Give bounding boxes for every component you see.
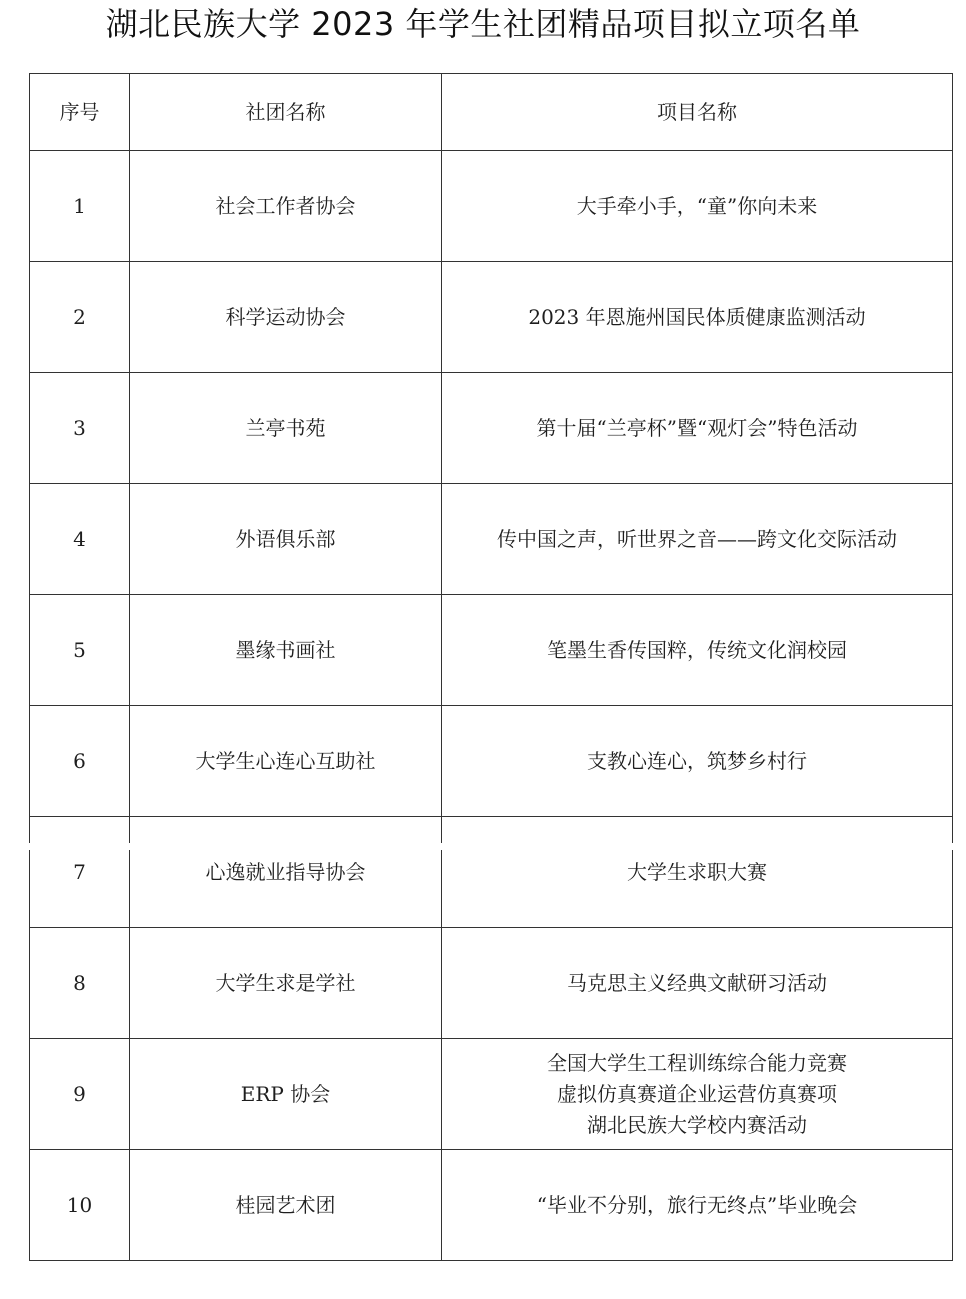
project-line: 全国大学生工程训练综合能力竞赛 bbox=[442, 1048, 952, 1079]
cell-club: 墨缘书画社 bbox=[130, 595, 442, 706]
cell-project: 2023 年恩施州国民体质健康监测活动 bbox=[442, 262, 953, 373]
cell-number: 6 bbox=[30, 706, 130, 817]
cell-project: 大学生求职大赛 bbox=[442, 817, 953, 928]
table-row: 6 大学生心连心互助社 支教心连心，筑梦乡村行 bbox=[30, 706, 953, 817]
page-break-gap bbox=[439, 843, 443, 850]
project-line: 第十届“兰亭杯”暨“观灯会”特色活动 bbox=[442, 413, 952, 444]
project-line: 大手牵小手，“童”你向未来 bbox=[442, 191, 952, 222]
table-row: 7 心逸就业指导协会 大学生求职大赛 bbox=[30, 817, 953, 928]
cell-project: 大手牵小手，“童”你向未来 bbox=[442, 151, 953, 262]
cell-project: 第十届“兰亭杯”暨“观灯会”特色活动 bbox=[442, 373, 953, 484]
table-row: 4 外语俱乐部 传中国之声，听世界之音——跨文化交际活动 bbox=[30, 484, 953, 595]
cell-number: 9 bbox=[30, 1039, 130, 1150]
cell-project: “毕业不分别，旅行无终点”毕业晚会 bbox=[442, 1150, 953, 1261]
project-line: 支教心连心，筑梦乡村行 bbox=[442, 746, 952, 777]
cell-club: 科学运动协会 bbox=[130, 262, 442, 373]
table-row: 10 桂园艺术团 “毕业不分别，旅行无终点”毕业晚会 bbox=[30, 1150, 953, 1261]
project-line: 虚拟仿真赛道企业运营仿真赛项 bbox=[442, 1079, 952, 1110]
cell-project: 支教心连心，筑梦乡村行 bbox=[442, 706, 953, 817]
table-row: 8 大学生求是学社 马克思主义经典文献研习活动 bbox=[30, 928, 953, 1039]
project-line: 大学生求职大赛 bbox=[442, 857, 952, 888]
table-row: 9 ERP 协会 全国大学生工程训练综合能力竞赛 虚拟仿真赛道企业运营仿真赛项 … bbox=[30, 1039, 953, 1150]
header-number: 序号 bbox=[30, 74, 130, 151]
cell-club: 桂园艺术团 bbox=[130, 1150, 442, 1261]
cell-number: 1 bbox=[30, 151, 130, 262]
cell-club: 心逸就业指导协会 bbox=[130, 817, 442, 928]
cell-club: 大学生心连心互助社 bbox=[130, 706, 442, 817]
table-header-row: 序号 社团名称 项目名称 bbox=[30, 74, 953, 151]
table-row: 3 兰亭书苑 第十届“兰亭杯”暨“观灯会”特色活动 bbox=[30, 373, 953, 484]
cell-number: 8 bbox=[30, 928, 130, 1039]
cell-number: 5 bbox=[30, 595, 130, 706]
page-break-gap bbox=[950, 843, 954, 850]
project-line: 笔墨生香传国粹，传统文化润校园 bbox=[442, 635, 952, 666]
cell-number: 7 bbox=[30, 817, 130, 928]
cell-project: 笔墨生香传国粹，传统文化润校园 bbox=[442, 595, 953, 706]
cell-number: 3 bbox=[30, 373, 130, 484]
cell-club: 外语俱乐部 bbox=[130, 484, 442, 595]
page-break-gap bbox=[27, 843, 31, 850]
cell-club: 大学生求是学社 bbox=[130, 928, 442, 1039]
cell-club: 社会工作者协会 bbox=[130, 151, 442, 262]
project-line: 传中国之声，听世界之音——跨文化交际活动 bbox=[442, 524, 952, 555]
cell-number: 4 bbox=[30, 484, 130, 595]
project-line: “毕业不分别，旅行无终点”毕业晚会 bbox=[442, 1190, 952, 1221]
cell-project: 传中国之声，听世界之音——跨文化交际活动 bbox=[442, 484, 953, 595]
cell-number: 10 bbox=[30, 1150, 130, 1261]
cell-club: 兰亭书苑 bbox=[130, 373, 442, 484]
table-row: 1 社会工作者协会 大手牵小手，“童”你向未来 bbox=[30, 151, 953, 262]
header-club-name: 社团名称 bbox=[130, 74, 442, 151]
cell-number: 2 bbox=[30, 262, 130, 373]
cell-project: 马克思主义经典文献研习活动 bbox=[442, 928, 953, 1039]
project-list-table: 序号 社团名称 项目名称 1 社会工作者协会 大手牵小手，“童”你向未来 2 科… bbox=[29, 73, 953, 1261]
cell-project: 全国大学生工程训练综合能力竞赛 虚拟仿真赛道企业运营仿真赛项 湖北民族大学校内赛… bbox=[442, 1039, 953, 1150]
project-line: 湖北民族大学校内赛活动 bbox=[442, 1110, 952, 1141]
project-line: 2023 年恩施州国民体质健康监测活动 bbox=[442, 302, 952, 333]
table-row: 2 科学运动协会 2023 年恩施州国民体质健康监测活动 bbox=[30, 262, 953, 373]
page-break-gap bbox=[127, 843, 131, 850]
document-title: 湖北民族大学 2023 年学生社团精品项目拟立项名单 bbox=[0, 2, 966, 46]
header-project-name: 项目名称 bbox=[442, 74, 953, 151]
cell-club: ERP 协会 bbox=[130, 1039, 442, 1150]
table-row: 5 墨缘书画社 笔墨生香传国粹，传统文化润校园 bbox=[30, 595, 953, 706]
project-line: 马克思主义经典文献研习活动 bbox=[442, 968, 952, 999]
